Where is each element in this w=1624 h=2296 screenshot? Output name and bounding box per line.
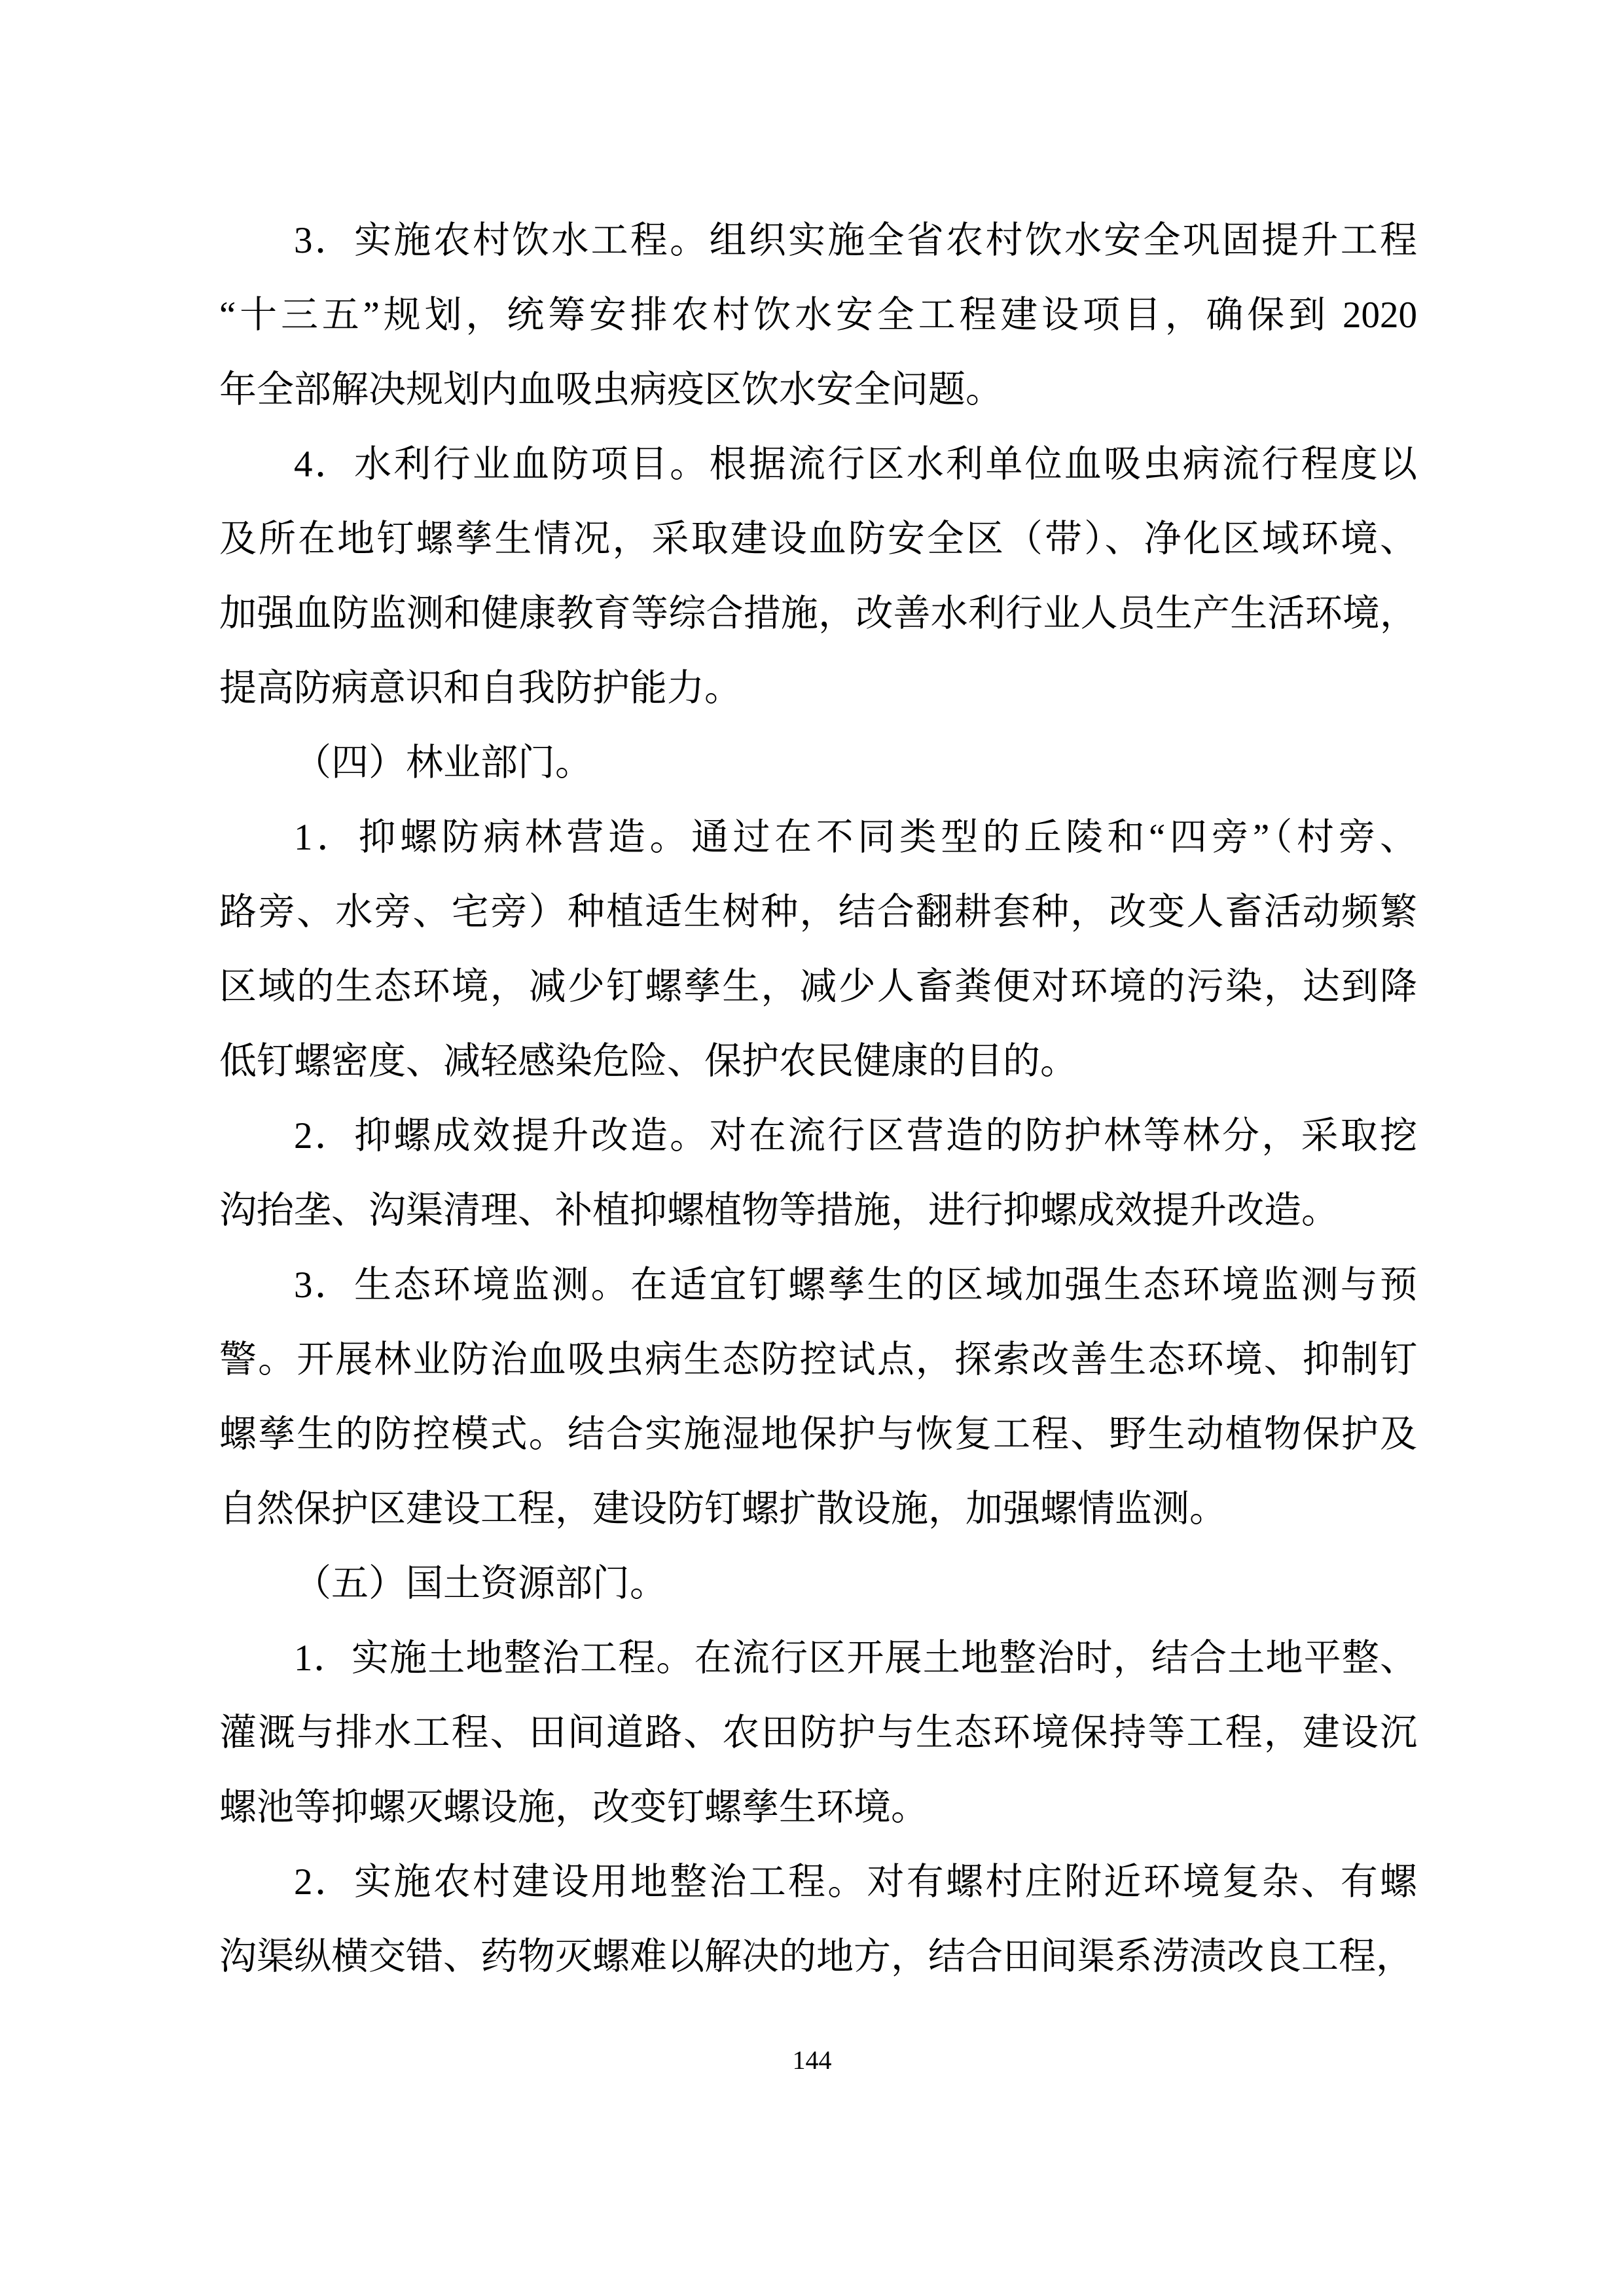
document-page: 3．实施农村饮水工程。组织实施全省农村饮水安全巩固提升工程“十三五”规划，统筹安… — [0, 0, 1624, 2296]
paragraph: 2．实施农村建设用地整治工程。对有螺村庄附近环境复杂、有螺沟渠纵横交错、药物灭螺… — [219, 1845, 1417, 1994]
paragraph: 2．抑螺成效提升改造。对在流行区营造的防护林等林分，采取挖沟抬垄、沟渠清理、补植… — [219, 1099, 1417, 1248]
paragraph: （五）国土资源部门。 — [219, 1547, 1417, 1621]
text-line: 螺孳生的防控模式。结合实施湿地保护与恢复工程、野生动植物保护及 — [219, 1397, 1417, 1472]
text-line: 螺池等抑螺灭螺设施，改变钉螺孳生环境。 — [219, 1770, 1417, 1845]
text-line: 沟渠纵横交错、药物灭螺难以解决的地方，结合田间渠系涝渍改良工程， — [219, 1920, 1417, 1994]
text-line: 1．实施土地整治工程。在流行区开展土地整治时，结合土地平整、 — [219, 1621, 1417, 1696]
text-line: 自然保护区建设工程，建设防钉螺扩散设施，加强螺情监测。 — [219, 1472, 1417, 1547]
page-number: 144 — [0, 2046, 1624, 2075]
text-line: 3．生态环境监测。在适宜钉螺孳生的区域加强生态环境监测与预 — [219, 1248, 1417, 1323]
text-line: 区域的生态环境，减少钉螺孳生，减少人畜粪便对环境的污染，达到降 — [219, 950, 1417, 1024]
paragraph: （四）林业部门。 — [219, 726, 1417, 800]
paragraph: 3．生态环境监测。在适宜钉螺孳生的区域加强生态环境监测与预警。开展林业防治血吸虫… — [219, 1248, 1417, 1547]
text-line: 3．实施农村饮水工程。组织实施全省农村饮水安全巩固提升工程 — [219, 204, 1417, 278]
text-line: （四）林业部门。 — [219, 726, 1417, 800]
text-line: 灌溉与排水工程、田间道路、农田防护与生态环境保持等工程，建设沉 — [219, 1696, 1417, 1770]
text-line: 年全部解决规划内血吸虫病疫区饮水安全问题。 — [219, 353, 1417, 427]
paragraph: 1．实施土地整治工程。在流行区开展土地整治时，结合土地平整、灌溉与排水工程、田间… — [219, 1621, 1417, 1845]
text-line: 2．实施农村建设用地整治工程。对有螺村庄附近环境复杂、有螺 — [219, 1845, 1417, 1920]
text-line: “十三五”规划，统筹安排农村饮水安全工程建设项目，确保到 2020 — [219, 278, 1417, 353]
text-line: 提高防病意识和自我防护能力。 — [219, 651, 1417, 726]
text-line: 警。开展林业防治血吸虫病生态防控试点，探索改善生态环境、抑制钉 — [219, 1323, 1417, 1397]
paragraph: 3．实施农村饮水工程。组织实施全省农村饮水安全巩固提升工程“十三五”规划，统筹安… — [219, 204, 1417, 427]
text-line: 沟抬垄、沟渠清理、补植抑螺植物等措施，进行抑螺成效提升改造。 — [219, 1174, 1417, 1248]
paragraph: 4．水利行业血防项目。根据流行区水利单位血吸虫病流行程度以及所在地钉螺孳生情况，… — [219, 427, 1417, 726]
text-line: 加强血防监测和健康教育等综合措施，改善水利行业人员生产生活环境， — [219, 577, 1417, 651]
text-line: 1．抑螺防病林营造。通过在不同类型的丘陵和“四旁”（村旁、 — [219, 800, 1417, 875]
text-line: 低钉螺密度、减轻感染危险、保护农民健康的目的。 — [219, 1024, 1417, 1099]
document-body: 3．实施农村饮水工程。组织实施全省农村饮水安全巩固提升工程“十三五”规划，统筹安… — [219, 204, 1417, 1994]
text-line: 及所在地钉螺孳生情况，采取建设血防安全区（带）、净化区域环境、 — [219, 502, 1417, 577]
text-line: 4．水利行业血防项目。根据流行区水利单位血吸虫病流行程度以 — [219, 427, 1417, 502]
paragraph: 1．抑螺防病林营造。通过在不同类型的丘陵和“四旁”（村旁、路旁、水旁、宅旁）种植… — [219, 800, 1417, 1099]
text-line: 路旁、水旁、宅旁）种植适生树种，结合翻耕套种，改变人畜活动频繁 — [219, 875, 1417, 950]
text-line: （五）国土资源部门。 — [219, 1547, 1417, 1621]
text-line: 2．抑螺成效提升改造。对在流行区营造的防护林等林分，采取挖 — [219, 1099, 1417, 1174]
